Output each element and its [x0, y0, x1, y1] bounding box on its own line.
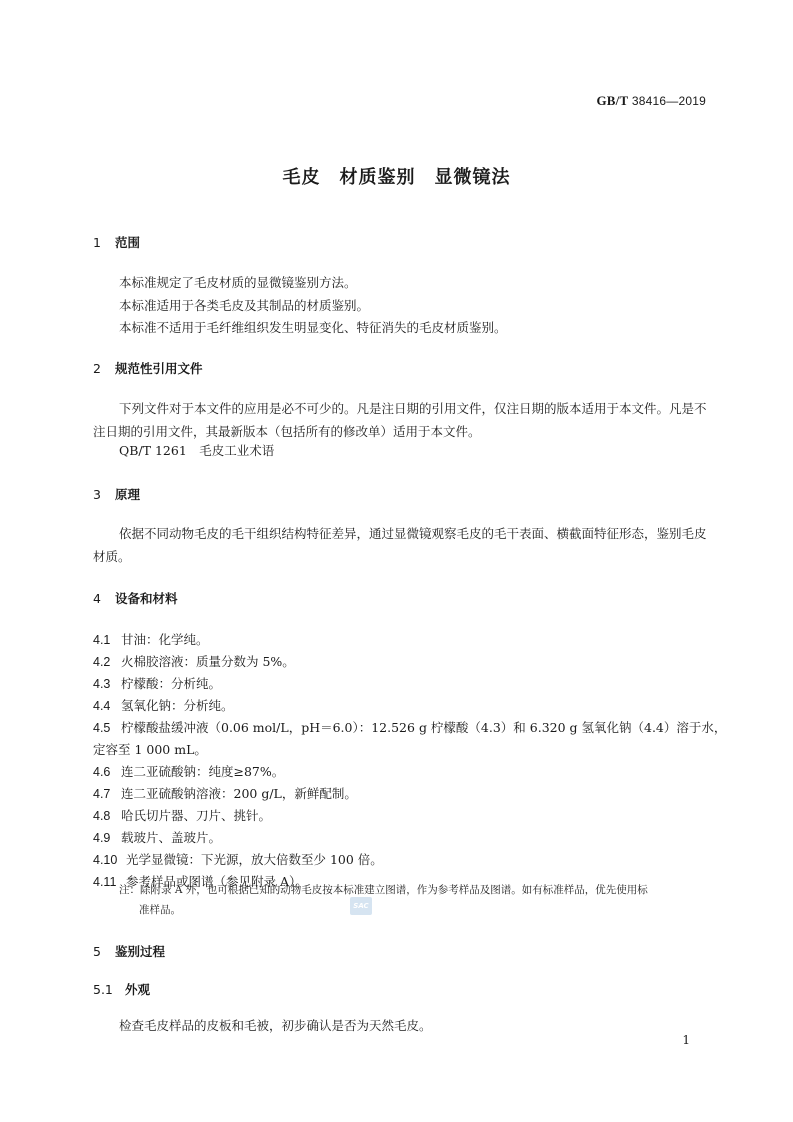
section-1-heading: 1范围 — [93, 233, 140, 251]
section-1-line-1: 本标准规定了毛皮材质的显微镜鉴别方法。 — [119, 273, 357, 291]
page-number: 1 — [682, 1033, 690, 1047]
item-4-5-continuation: 定容至 1 000 mL。 — [93, 740, 207, 758]
section-2-heading: 2规范性引用文件 — [93, 359, 203, 377]
standard-code: 38416—2019 — [632, 94, 706, 108]
item-4-8: 4.8哈氏切片器、刀片、挑针。 — [93, 806, 271, 824]
section-3-heading: 3原理 — [93, 485, 140, 503]
normative-reference: QB/T 1261 毛皮工业术语 — [119, 441, 274, 459]
item-4-6: 4.6连二亚硫酸钠：纯度≥87%。 — [93, 762, 284, 780]
item-4-9: 4.9载玻片、盖玻片。 — [93, 828, 221, 846]
document-page: GB/T 38416—2019 毛皮 材质鉴别 显微镜法 1范围 本标准规定了毛… — [0, 0, 793, 1122]
item-4-1: 4.1甘油：化学纯。 — [93, 630, 209, 648]
standard-number: GB/T 38416—2019 — [597, 93, 707, 109]
section-5-heading: 5鉴别过程 — [93, 942, 165, 960]
item-4-10: 4.10光学显微镜：下光源，放大倍数至少 100 倍。 — [93, 850, 383, 868]
section-1-line-3: 本标准不适用于毛纤维组织发生明显变化、特征消失的毛皮材质鉴别。 — [119, 318, 507, 336]
document-title: 毛皮 材质鉴别 显微镜法 — [0, 163, 793, 189]
section-5-1-paragraph: 检查毛皮样品的皮板和毛被，初步确认是否为天然毛皮。 — [119, 1016, 432, 1034]
standard-prefix: GB/T — [597, 93, 629, 108]
item-4-5: 4.5柠檬酸盐缓冲液（0.06 mol/L，pH＝6.0）：12.526 g 柠… — [93, 718, 726, 736]
section-5-1-heading: 5.1外观 — [93, 980, 150, 998]
section-2-paragraph: 下列文件对于本文件的应用是必不可少的。凡是注日期的引用文件，仅注日期的版本适用于… — [93, 397, 713, 443]
section-1-line-2: 本标准适用于各类毛皮及其制品的材质鉴别。 — [119, 296, 369, 314]
item-4-2: 4.2火棉胶溶液：质量分数为 5%。 — [93, 652, 295, 670]
section-4-note: 注：除附录 A 外，也可根据已知的动物毛皮按本标准建立图谱，作为参考样品及图谱。… — [119, 880, 719, 920]
item-4-3: 4.3柠檬酸：分析纯。 — [93, 674, 221, 692]
sac-watermark-logo: SAC — [350, 897, 372, 915]
item-4-4: 4.4氢氧化钠：分析纯。 — [93, 696, 234, 714]
section-4-heading: 4设备和材料 — [93, 589, 178, 607]
note-label: 注： — [119, 884, 140, 896]
item-4-7: 4.7连二亚硫酸钠溶液：200 g/L，新鲜配制。 — [93, 784, 357, 802]
section-3-paragraph: 依据不同动物毛皮的毛干组织结构特征差异，通过显微镜观察毛皮的毛干表面、横截面特征… — [93, 522, 713, 568]
